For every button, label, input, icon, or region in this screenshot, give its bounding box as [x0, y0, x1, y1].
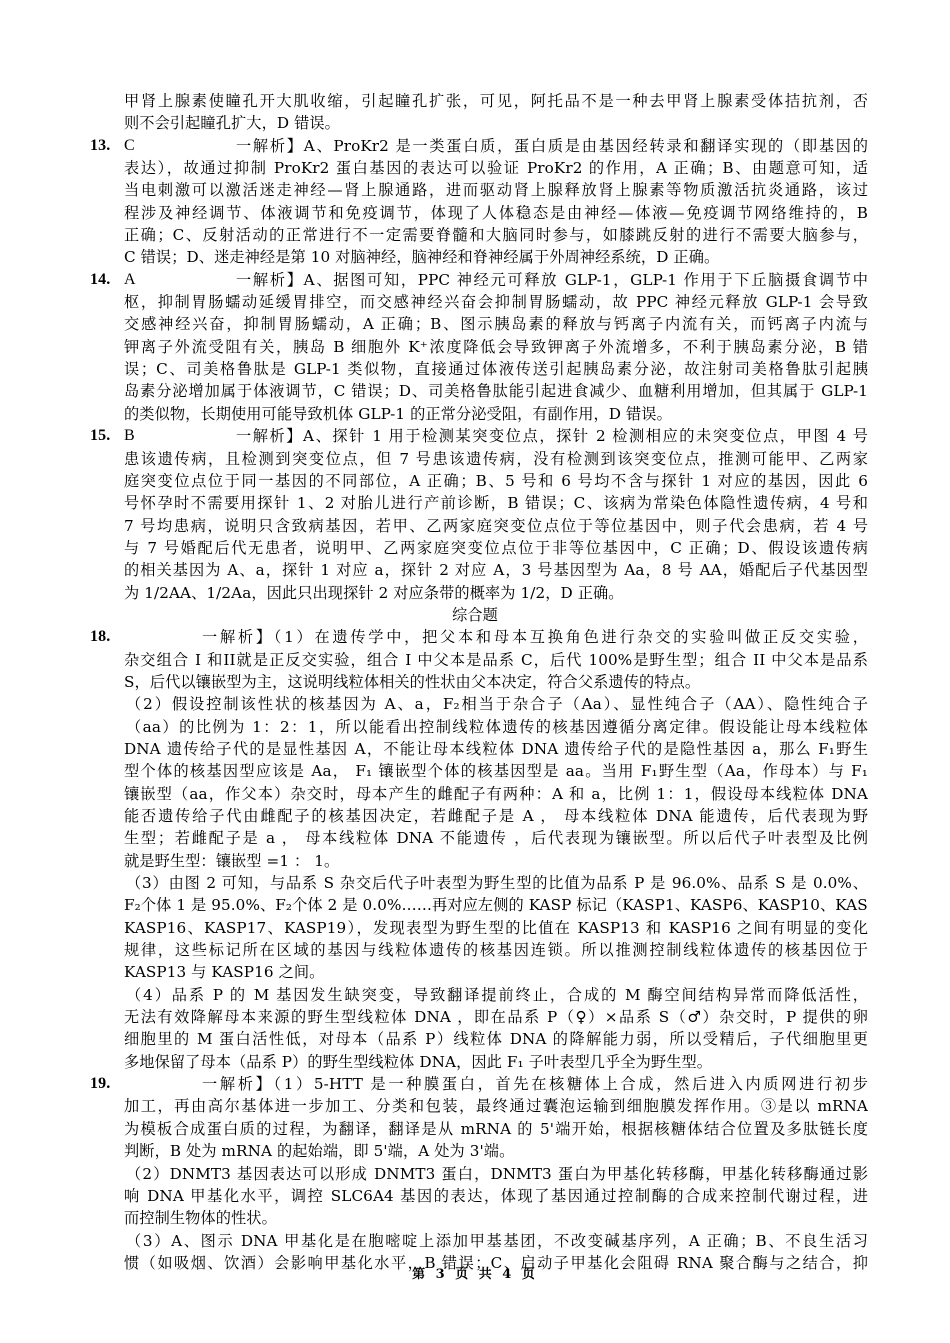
analysis-line: 而控制生物体的性状。 — [0, 1207, 950, 1229]
analysis-line: （aa）的比例为 1：2：1，所以能看出控制线粒体遗传的核基因遵循分离定律。假设… — [0, 716, 950, 738]
analysis-line: 生型；若雌配子是 a ， 母本线粒体 DNA 不能遗传 ，后代表现为镶嵌型。所以… — [0, 827, 950, 849]
analysis-line: 细胞里的 M 蛋白活性低，对母本（品系 P）线粒体 DNA 的降解能力弱，所以受… — [0, 1028, 950, 1050]
analysis-line: 响 DNA 甲基化水平，调控 SLC6A4 基因的表达，体现了基因通过控制酶的合… — [0, 1185, 950, 1207]
analysis-text: 一解析】A、据图可知，PPC 神经元可释放 GLP-1，GLP-1 作用于下丘脑… — [236, 269, 868, 291]
question-19-head: 19. 一解析】（1）5-HTT 是一种膜蛋白，首先在核糖体上合成，然后进入内质… — [0, 1073, 950, 1095]
analysis-line: 规律，这些标记所在区域的基因与线粒体遗传的核基因连锁。所以推测控制线粒体遗传的核… — [0, 939, 950, 961]
analysis-line: 判断，B 处为 mRNA 的起始端，即 5'端，A 处为 3'端。 — [0, 1140, 950, 1162]
question-answer: A — [124, 269, 136, 291]
analysis-line: 无法有效降解母本来源的野生型线粒体 DNA ，即在品系 P（♀）×品系 S（♂）… — [0, 1006, 950, 1028]
analysis-line: KASP16、KASP17、KASP19），发现表型为野生型的比值在 KASP1… — [0, 917, 950, 939]
continuation-line: 甲肾上腺素使瞳孔开大肌收缩，引起瞳孔扩张，可见，阿托品不是一种去甲肾上腺素受体拮… — [0, 90, 950, 112]
analysis-line: 误；C、司美格鲁肽是 GLP-1 类似物，直接通过体液传送引起胰岛素分泌，故注射… — [0, 358, 950, 380]
analysis-line: 杂交组合 I 和II就是正反交实验，组合 I 中父本是品系 C，后代 100%是… — [0, 649, 950, 671]
analysis-line: 患该遗传病，且检测到突变位点，但 7 号患该遗传病，没有检测到该突变位点，推测可… — [0, 448, 950, 470]
analysis-line: 庭突变位点位于同一基因的不同部位，A 正确；B、5 号和 6 号均不含与探针 1… — [0, 470, 950, 492]
analysis-line: 为 1/2AA、1/2Aa，因此只出现探针 2 对应条带的概率为 1/2，D 正… — [0, 582, 950, 604]
analysis-line: 的类似物，长期使用可能导致机体 GLP-1 的正常分泌受阻，有副作用，D 错误。 — [0, 403, 950, 425]
analysis-line: 加工，再由高尔基体进一步加工、分类和包装，最终通过囊泡运输到细胞膜发挥作用。③是… — [0, 1095, 950, 1117]
analysis-line: 的相关基因为 A、a，探针 1 对应 a，探针 2 对应 A，3 号基因型为 A… — [0, 559, 950, 581]
analysis-line: 程涉及神经调节、体液调节和免疫调节，体现了人体稳态是由神经—体液—免疫调节网络维… — [0, 202, 950, 224]
analysis-text: 一解析】A、探针 1 用于检测某突变位点，探针 2 检测相应的未突变位点，甲图 … — [236, 425, 868, 447]
analysis-line: 表达），故通过抑制 ProKr2 蛋白基因的表达可以验证 ProKr2 的作用，… — [0, 157, 950, 179]
analysis-line: KASP13 与 KASP16 之间。 — [0, 961, 950, 983]
question-number: 18. — [90, 626, 110, 648]
section-title: 综合题 — [0, 604, 950, 626]
analysis-line: （2）DNMT3 基因表达可以形成 DNMT3 蛋白，DNMT3 蛋白为甲基化转… — [0, 1163, 950, 1185]
question-number: 13. — [90, 135, 110, 157]
analysis-line: 与 7 号婚配后代无患者，说明甲、乙两家庭突变位点位于非等位基因中，C 正确；D… — [0, 537, 950, 559]
question-answer: C — [124, 135, 135, 157]
question-18-head: 18. 一解析】（1）在遗传学中，把父本和母本互换角色进行杂交的实验叫做正反交实… — [0, 626, 950, 648]
analysis-line: 交感神经兴奋，抑制胃肠蠕动，A 正确；B、图示胰岛素的释放与钙离子内流有关，而钙… — [0, 313, 950, 335]
document-page: 甲肾上腺素使瞳孔开大肌收缩，引起瞳孔扩张，可见，阿托品不是一种去甲肾上腺素受体拮… — [0, 90, 950, 1274]
analysis-line: 就是野生型：镶嵌型 =1 ： 1。 — [0, 850, 950, 872]
analysis-line: 多地保留了母本（品系 P）的野生型线粒体 DNA，因此 F₁ 子叶表型几乎全为野… — [0, 1051, 950, 1073]
question-14-head: 14. A 一解析】A、据图可知，PPC 神经元可释放 GLP-1，GLP-1 … — [0, 269, 950, 291]
analysis-line: 钾离子外流受阻有关，胰岛 B 细胞外 K⁺浓度降低会导致钾离子外流增多，不利于胰… — [0, 336, 950, 358]
analysis-line: 型个体的核基因型应该是 Aa， F₁ 镶嵌型个体的核基因型是 aa。当用 F₁野… — [0, 760, 950, 782]
question-number: 14. — [90, 269, 110, 291]
analysis-line: 正确；C、反射活动的正常进行不一定需要脊髓和大脑同时参与，如膝跳反射的进行不需要… — [0, 224, 950, 246]
analysis-line: F₂个体 1 是 95.0%、F₂个体 2 是 0.0%……再对应左侧的 KAS… — [0, 894, 950, 916]
analysis-line: 7 号均患病，说明只含致病基因，若甲、乙两家庭突变位点位于等位基因中，则子代会患… — [0, 515, 950, 537]
analysis-line: 能否遗传给子代由雌配子的核基因决定，若雌配子是 A ， 母本线粒体 DNA 能遗… — [0, 805, 950, 827]
analysis-line: 当电刺激可以激活迷走神经—肾上腺通路，进而驱动肾上腺释放肾上腺素等物质激活抗炎通… — [0, 179, 950, 201]
page-footer: 第 3 页 共 4 页 — [0, 1263, 950, 1282]
analysis-line: 岛素分泌增加属于体液调节，C 错误；D、司美格鲁肽能引起进食减少、血糖利用增加，… — [0, 380, 950, 402]
analysis-line: 为模板合成蛋白质的过程，为翻译，翻译是从 mRNA 的 5'端开始，根据核糖体结… — [0, 1118, 950, 1140]
analysis-line: （3）由图 2 可知，与品系 S 杂交后代子叶表型为野生型的比值为品系 P 是 … — [0, 872, 950, 894]
question-13-head: 13. C 一解析】A、ProKr2 是一类蛋白质，蛋白质是由基因经转录和翻译实… — [0, 135, 950, 157]
analysis-line: （2）假设控制该性状的核基因为 A、a，F₂相当于杂合子（Aa）、显性纯合子（A… — [0, 693, 950, 715]
question-answer: B — [124, 425, 135, 447]
analysis-line: （4）品系 P 的 M 基因发生缺突变，导致翻译提前终止，合成的 M 酶空间结构… — [0, 984, 950, 1006]
analysis-text: 一解析】A、ProKr2 是一类蛋白质，蛋白质是由基因经转录和翻译实现的（即基因… — [236, 135, 868, 157]
analysis-line: 镶嵌型（aa，作父本）杂交时，母本产生的雌配子有两种：A 和 a，比例 1：1，… — [0, 783, 950, 805]
question-number: 19. — [90, 1073, 110, 1095]
analysis-line: 号怀孕时不需要用探针 1、2 对胎儿进行产前诊断，B 错误；C、该病为常染色体隐… — [0, 492, 950, 514]
analysis-text: 一解析】（1）5-HTT 是一种膜蛋白，首先在核糖体上合成，然后进入内质网进行初… — [202, 1073, 868, 1095]
continuation-line: 则不会引起瞳孔扩大，D 错误。 — [0, 112, 950, 134]
analysis-line: C 错误；D、迷走神经是第 10 对脑神经，脑神经和脊神经属于外周神经系统，D … — [0, 246, 950, 268]
analysis-line: （3）A、图示 DNA 甲基化是在胞嘧啶上添加甲基基团，不改变碱基序列，A 正确… — [0, 1230, 950, 1252]
question-number: 15. — [90, 425, 110, 447]
analysis-line: S，后代以镶嵌型为主，这说明线粒体相关的性状由父本决定，符合父系遗传的特点。 — [0, 671, 950, 693]
analysis-text: 一解析】（1）在遗传学中，把父本和母本互换角色进行杂交的实验叫做正反交实验， — [202, 626, 868, 648]
question-15-head: 15. B 一解析】A、探针 1 用于检测某突变位点，探针 2 检测相应的未突变… — [0, 425, 950, 447]
analysis-line: 枢，抑制胃肠蠕动延缓胃排空，而交感神经兴奋会抑制胃肠蠕动，故 PPC 神经元释放… — [0, 291, 950, 313]
analysis-line: DNA 遗传给子代的是显性基因 A，不能让母本线粒体 DNA 遗传给子代的是隐性… — [0, 738, 950, 760]
